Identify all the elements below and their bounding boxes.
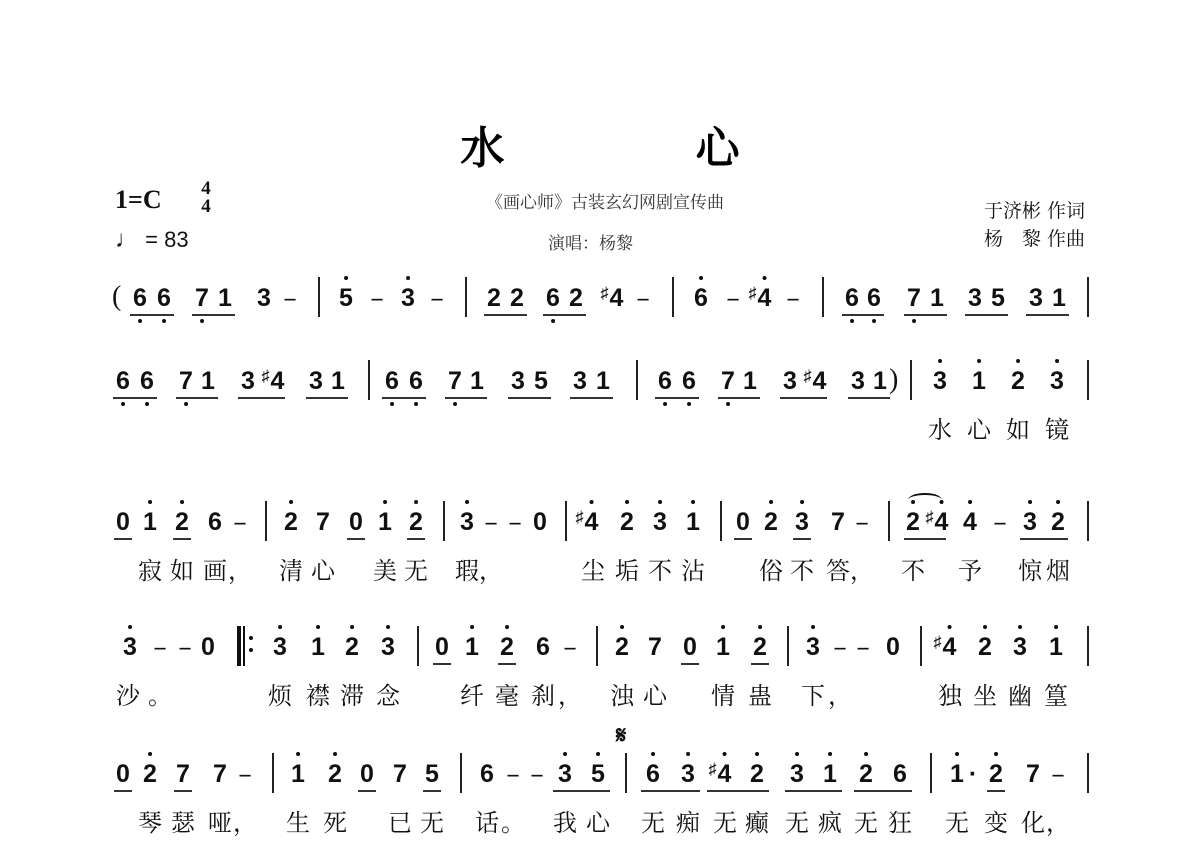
note: 7 <box>213 759 227 789</box>
note-digit: 1 <box>716 632 730 662</box>
note-digit: 2 <box>487 283 501 313</box>
lyric-char: 惊 <box>1018 551 1042 586</box>
note-digit: 6 <box>845 283 859 313</box>
beam-underline <box>1026 314 1069 316</box>
note-digit: 6 <box>694 283 708 313</box>
octave-up-dot <box>968 500 972 504</box>
beam-underline <box>238 397 285 399</box>
lyric-char: 俗 <box>759 551 783 586</box>
note-digit: – <box>239 759 250 789</box>
octave-up-dot <box>414 500 418 504</box>
note: 3 <box>460 507 474 537</box>
note: 3 <box>933 366 947 396</box>
note-digit: 2 <box>906 507 920 537</box>
beam-underline <box>543 314 586 316</box>
note: 6 <box>546 283 560 313</box>
note-digit: 0 <box>435 632 449 662</box>
note-digit: 1 <box>596 366 610 396</box>
note: 6 <box>658 366 672 396</box>
note-digit: 0 <box>886 632 900 662</box>
note: 2 <box>859 759 873 789</box>
dash: – <box>506 759 520 789</box>
beam-underline <box>113 397 157 399</box>
note: 2 <box>510 283 524 313</box>
note-digit: 6 <box>116 366 130 396</box>
note-digit: – <box>856 507 867 537</box>
note-digit: · <box>969 759 977 789</box>
note: 1 <box>823 759 837 789</box>
note-digit: 7 <box>176 759 190 789</box>
dash: – <box>153 632 167 662</box>
lyric-char: 美 <box>373 551 397 586</box>
octave-up-dot <box>723 752 727 756</box>
note-digit: – <box>371 283 382 313</box>
note-digit: 3 <box>806 632 820 662</box>
note-digit: 2 <box>753 632 767 662</box>
note-digit: 1 <box>311 632 325 662</box>
note-digit: 2 <box>1051 507 1065 537</box>
singer-credit: 演唱：杨黎 <box>548 229 633 254</box>
octave-up-dot <box>180 500 184 504</box>
note-digit: 2 <box>615 632 629 662</box>
note-digit: 7 <box>195 283 209 313</box>
note: 1 <box>331 366 345 396</box>
octave-up-dot <box>721 625 725 629</box>
tempo-marking: ♩ = 83 <box>115 226 189 254</box>
note: 0 <box>533 507 547 537</box>
barline <box>822 277 824 317</box>
dash: – <box>563 632 577 662</box>
note-digit: 4 <box>935 507 949 537</box>
lyric-char: 情 <box>711 676 735 711</box>
note: 3 <box>257 283 271 313</box>
lyric-char: 狂 <box>888 803 912 838</box>
note: 6 <box>409 366 423 396</box>
note: 7 <box>316 507 330 537</box>
note: 2 <box>1051 507 1065 537</box>
note: 3 <box>241 366 255 396</box>
note-digit: 3 <box>241 366 255 396</box>
octave-down-dot <box>390 402 394 406</box>
note: 1 <box>873 366 887 396</box>
dash: – <box>855 507 869 537</box>
note-digit: 2 <box>143 759 157 789</box>
note-digit: – <box>857 632 868 662</box>
dash: – <box>233 507 247 537</box>
note: 5 <box>425 759 439 789</box>
note: ♯4 <box>709 759 732 793</box>
octave-up-dot <box>948 625 952 629</box>
note-digit: – <box>507 759 518 789</box>
note: 3 <box>511 366 525 396</box>
octave-up-dot <box>1056 500 1060 504</box>
underline <box>751 663 769 665</box>
note-digit: 2 <box>345 632 359 662</box>
note-digit: 7 <box>907 283 921 313</box>
note-digit: 1 <box>930 283 944 313</box>
note-digit: – <box>531 759 542 789</box>
barline <box>920 626 922 666</box>
note: 7 <box>448 366 462 396</box>
note: 2 <box>620 507 634 537</box>
note-digit: 7 <box>721 366 735 396</box>
beam-underline <box>842 314 884 316</box>
note: 6 <box>867 283 881 313</box>
dash: – <box>726 283 740 313</box>
note: 3 <box>1029 283 1043 313</box>
lyric-char: 烟 <box>1046 551 1070 586</box>
note-digit: 7 <box>831 507 845 537</box>
sharp-icon: ♯ <box>601 285 609 302</box>
composer-credit: 杨 黎 作曲 <box>984 225 1085 253</box>
lyric-char: 下 <box>801 676 825 711</box>
note: 2 <box>569 283 583 313</box>
repeat-dot <box>249 648 253 652</box>
octave-up-dot <box>333 752 337 756</box>
note: 7 <box>179 366 193 396</box>
note: ♯4 <box>749 283 772 317</box>
note-digit: 3 <box>681 759 695 789</box>
lyric-char: 话 <box>475 803 499 838</box>
lyric-char: 襟 <box>306 676 330 711</box>
dash: – <box>178 632 192 662</box>
underline <box>734 538 752 540</box>
note: 1 <box>201 366 215 396</box>
note-digit: 6 <box>409 366 423 396</box>
thin-line <box>243 626 245 666</box>
parenthesis: ) <box>889 364 898 396</box>
beam-underline <box>570 397 613 399</box>
note-digit: 5 <box>591 759 605 789</box>
lyric-char: ， <box>558 676 582 711</box>
note: 6 <box>157 283 171 313</box>
dash: – <box>283 283 297 313</box>
note-digit: – <box>509 507 520 537</box>
note-digit: 2 <box>328 759 342 789</box>
barline <box>565 501 567 541</box>
lyric-char: ， <box>233 803 257 838</box>
note-digit: 3 <box>558 759 572 789</box>
note-digit: 6 <box>893 759 907 789</box>
lyric-char: 纤 <box>460 676 484 711</box>
underline <box>174 790 192 792</box>
note: 5 <box>339 283 353 313</box>
note-digit: 2 <box>764 507 778 537</box>
octave-up-dot <box>658 500 662 504</box>
note-digit: 2 <box>569 283 583 313</box>
note-digit: 3 <box>257 283 271 313</box>
note-digit: 3 <box>1029 283 1043 313</box>
underline <box>173 538 191 540</box>
octave-up-dot <box>691 500 695 504</box>
underline <box>433 663 451 665</box>
tempo-value: = 83 <box>145 227 188 252</box>
note-digit: 3 <box>1050 366 1064 396</box>
note-digit: 3 <box>790 759 804 789</box>
note: 3 <box>681 759 695 789</box>
beam-underline <box>655 397 699 399</box>
note: 3 <box>653 507 667 537</box>
note: 2 <box>500 632 514 662</box>
note-digit: 2 <box>409 507 423 537</box>
barline <box>930 753 932 793</box>
lyric-char: 垢 <box>615 551 639 586</box>
beam-underline <box>382 397 426 399</box>
lyric-char: 不 <box>790 551 814 586</box>
score-line: )66713♯4316671353166713♯4313123水心如镜 <box>0 366 1200 456</box>
note: 6 <box>694 283 708 313</box>
note-digit: 0 <box>683 632 697 662</box>
octave-up-dot <box>563 752 567 756</box>
octave-up-dot <box>763 276 767 280</box>
octave-up-dot <box>596 752 600 756</box>
lyric-char: 刹 <box>531 676 555 711</box>
time-signature: 4 4 <box>198 180 214 216</box>
note-digit: 1 <box>823 759 837 789</box>
lyric-char: 无 <box>420 803 444 838</box>
lyric-char: 心 <box>311 551 335 586</box>
note-digit: 1 <box>1049 632 1063 662</box>
repeat-start-barline <box>237 626 245 666</box>
note-digit: 4 <box>963 507 977 537</box>
note: 3 <box>1013 632 1027 662</box>
octave-up-dot <box>465 500 469 504</box>
octave-up-dot <box>289 500 293 504</box>
barline <box>672 277 674 317</box>
barline <box>910 360 912 400</box>
dash: – <box>993 507 1007 537</box>
note: 6 <box>893 759 907 789</box>
note: 1 <box>950 759 964 789</box>
barline <box>720 501 722 541</box>
note: 3 <box>851 366 865 396</box>
note-digit: 7 <box>213 759 227 789</box>
lyric-char: 疯 <box>818 803 842 838</box>
lyric-char: 清 <box>279 551 303 586</box>
octave-up-dot <box>505 625 509 629</box>
note-digit: – <box>787 283 798 313</box>
note-digit: – <box>431 283 442 313</box>
octave-up-dot <box>864 752 868 756</box>
lyric-char: 不 <box>901 551 925 586</box>
song-title: 水 心 <box>0 112 1200 176</box>
underline <box>423 790 441 792</box>
note: 1 <box>716 632 730 662</box>
note-digit: 6 <box>385 366 399 396</box>
lyric-char: 无 <box>713 803 737 838</box>
lyric-char: 不 <box>648 551 672 586</box>
barline <box>1087 360 1089 400</box>
note-digit: 1 <box>378 507 392 537</box>
note: 1 <box>143 507 157 537</box>
note: 3 <box>558 759 572 789</box>
note-digit: 0 <box>116 759 130 789</box>
note: ♯4 <box>926 507 949 541</box>
lyric-char: 独 <box>938 676 962 711</box>
note: 7 <box>393 759 407 789</box>
lyric-char: 变 <box>984 803 1008 838</box>
barline <box>265 501 267 541</box>
underline <box>407 538 425 540</box>
barline <box>625 753 627 793</box>
octave-up-dot <box>470 625 474 629</box>
note-digit: 1 <box>143 507 157 537</box>
dash: – <box>636 283 650 313</box>
lyric-char: 念 <box>376 676 400 711</box>
note: 6 <box>682 366 696 396</box>
note: 1 <box>972 366 986 396</box>
note: 3 <box>783 366 797 396</box>
barline <box>787 626 789 666</box>
note: ♯4 <box>576 507 599 541</box>
underline <box>793 538 811 540</box>
lyric-char: 心 <box>967 410 991 445</box>
underline <box>498 663 516 665</box>
lyric-char: 化 <box>1021 803 1045 838</box>
note: 7 <box>648 632 662 662</box>
lyric-char: 琴 <box>138 803 162 838</box>
underline <box>987 790 1005 792</box>
lyric-char: 哑 <box>208 803 232 838</box>
note-digit: 4 <box>585 507 599 537</box>
dash: – <box>370 283 384 313</box>
note-digit: 2 <box>750 759 764 789</box>
note: 1 <box>465 632 479 662</box>
lyric-char: 毫 <box>495 676 519 711</box>
note: 2 <box>409 507 423 537</box>
note: 2 <box>906 507 920 537</box>
octave-up-dot <box>1055 359 1059 363</box>
lyric-char: 。 <box>501 803 525 838</box>
note-digit: 0 <box>360 759 374 789</box>
octave-down-dot <box>184 402 188 406</box>
octave-up-dot <box>755 752 759 756</box>
dash: – <box>833 632 847 662</box>
note: 6 <box>116 366 130 396</box>
note: 3 <box>401 283 415 313</box>
note-digit: 3 <box>783 366 797 396</box>
note-digit: 6 <box>536 632 550 662</box>
beam-underline <box>854 790 912 792</box>
note-digit: 6 <box>480 759 494 789</box>
time-signature-bottom: 4 <box>198 198 214 216</box>
note: 7 <box>1026 759 1040 789</box>
note-digit: 4 <box>610 283 624 313</box>
note-digit: 3 <box>795 507 809 537</box>
note: 2 <box>989 759 1003 789</box>
lyric-char: 浊 <box>610 676 634 711</box>
note: 2 <box>1011 366 1025 396</box>
beam-underline <box>718 397 760 399</box>
octave-up-dot <box>795 752 799 756</box>
lyric-char: 水 <box>928 410 952 445</box>
note-digit: 1 <box>331 366 345 396</box>
lyric-char: 烦 <box>268 676 292 711</box>
note: 2 <box>753 632 767 662</box>
barline <box>1087 753 1089 793</box>
note-digit: 0 <box>349 507 363 537</box>
octave-up-dot <box>686 752 690 756</box>
subtitle: 《画心师》古装玄幻网剧宣传曲 <box>450 188 760 213</box>
beam-underline <box>484 314 527 316</box>
octave-up-dot <box>994 752 998 756</box>
lyric-char: 癫 <box>745 803 769 838</box>
note-digit: 3 <box>851 366 865 396</box>
beam-underline <box>508 397 551 399</box>
note-digit: 4 <box>943 632 957 662</box>
lyric-char: 沙 <box>116 676 140 711</box>
note-digit: 3 <box>401 283 415 313</box>
note-digit: 2 <box>1011 366 1025 396</box>
lyric-char: 无 <box>641 803 665 838</box>
note-digit: – <box>234 507 245 537</box>
beam-underline <box>848 397 890 399</box>
octave-up-dot <box>811 625 815 629</box>
sharp-icon: ♯ <box>926 509 934 526</box>
beam-underline <box>192 314 235 316</box>
note: 1 <box>311 632 325 662</box>
octave-up-dot <box>1028 500 1032 504</box>
note-digit: 2 <box>989 759 1003 789</box>
note: 2 <box>764 507 778 537</box>
note: 3 <box>573 366 587 396</box>
note: 2 <box>143 759 157 789</box>
dash: – <box>786 283 800 313</box>
octave-up-dot <box>800 500 804 504</box>
score-line: 3––031230126–270123––0♯4231沙。烦襟滞念纤毫刹，浊心情… <box>0 632 1200 722</box>
credits: 于济彬 作词 杨 黎 作曲 <box>984 197 1085 253</box>
note-digit: 4 <box>813 366 827 396</box>
note-digit: 3 <box>653 507 667 537</box>
octave-down-dot <box>912 319 916 323</box>
note-digit: 1 <box>465 632 479 662</box>
note: ♯4 <box>934 632 957 666</box>
lyric-char: 寂 <box>138 551 162 586</box>
lyric-char: ， <box>850 551 874 586</box>
note: 4 <box>963 507 977 537</box>
note-digit: – <box>994 507 1005 537</box>
octave-up-dot <box>296 752 300 756</box>
note-digit: 2 <box>859 759 873 789</box>
note: 3 <box>790 759 804 789</box>
octave-down-dot <box>453 402 457 406</box>
octave-up-dot <box>316 625 320 629</box>
dash: – <box>1051 759 1065 789</box>
note-digit: 1 <box>470 366 484 396</box>
underline <box>358 790 376 792</box>
note-digit: 3 <box>511 366 525 396</box>
octave-up-dot <box>938 359 942 363</box>
octave-down-dot <box>687 402 691 406</box>
beam-underline <box>1020 538 1068 540</box>
lyric-char: 蛊 <box>748 676 772 711</box>
lyric-char: 幽 <box>1008 676 1032 711</box>
lyric-char: 沾 <box>681 551 705 586</box>
note: 0 <box>435 632 449 662</box>
beam-underline <box>707 790 769 792</box>
note: 5 <box>591 759 605 789</box>
note-digit: 6 <box>133 283 147 313</box>
note-digit: 3 <box>381 632 395 662</box>
note-digit: 3 <box>1023 507 1037 537</box>
note-digit: 1 <box>686 507 700 537</box>
lyric-char: 痴 <box>676 803 700 838</box>
note-digit: 3 <box>968 283 982 313</box>
octave-up-dot <box>344 276 348 280</box>
beam-underline <box>785 790 842 792</box>
note-digit: 3 <box>1013 632 1027 662</box>
note: 2 <box>175 507 189 537</box>
